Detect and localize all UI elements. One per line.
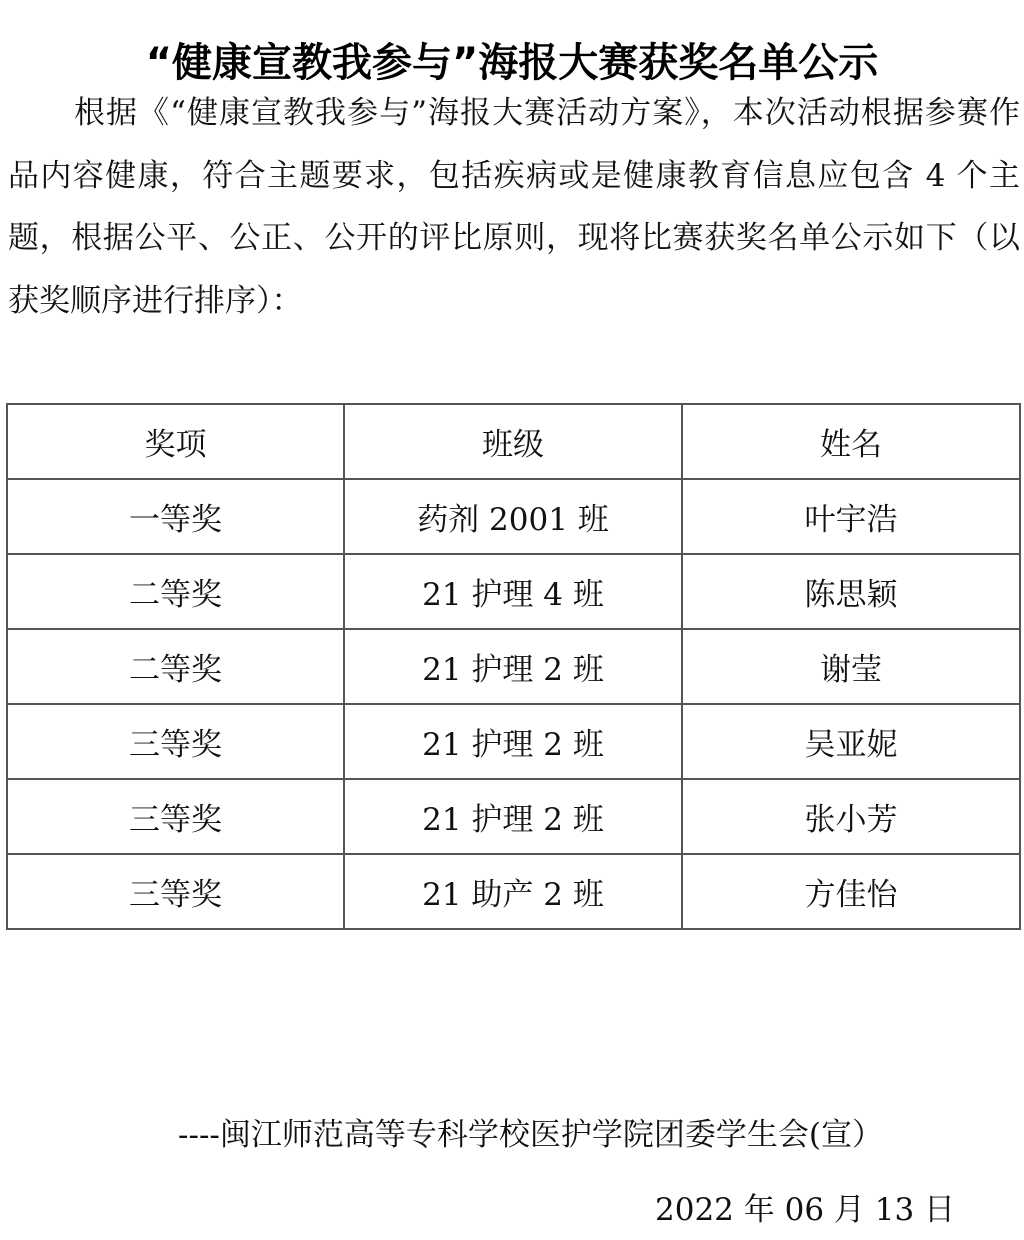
document-date: 2022 年 06 月 13 日 bbox=[655, 1188, 955, 1232]
signature-line: ----闽江师范高等专科学校医护学院团委学生会(宣） bbox=[178, 1113, 883, 1157]
table-header-row: 奖项 班级 姓名 bbox=[7, 404, 1020, 479]
cell-class: 21 护理 4 班 bbox=[344, 554, 682, 629]
cell-award: 二等奖 bbox=[7, 629, 344, 704]
table-row: 三等奖 21 助产 2 班 方佳怡 bbox=[7, 854, 1020, 929]
cell-class: 21 护理 2 班 bbox=[344, 779, 682, 854]
table-row: 二等奖 21 护理 4 班 陈思颖 bbox=[7, 554, 1020, 629]
cell-award: 二等奖 bbox=[7, 554, 344, 629]
cell-award: 三等奖 bbox=[7, 854, 344, 929]
cell-class: 药剂 2001 班 bbox=[344, 479, 682, 554]
cell-award: 三等奖 bbox=[7, 779, 344, 854]
cell-class: 21 护理 2 班 bbox=[344, 704, 682, 779]
cell-name: 谢莹 bbox=[682, 629, 1020, 704]
cell-class: 21 护理 2 班 bbox=[344, 629, 682, 704]
cell-class: 21 助产 2 班 bbox=[344, 854, 682, 929]
cell-name: 方佳怡 bbox=[682, 854, 1020, 929]
cell-award: 三等奖 bbox=[7, 704, 344, 779]
table-row: 二等奖 21 护理 2 班 谢莹 bbox=[7, 629, 1020, 704]
cell-name: 吴亚妮 bbox=[682, 704, 1020, 779]
table-row: 一等奖 药剂 2001 班 叶宇浩 bbox=[7, 479, 1020, 554]
intro-paragraph: 根据《“健康宣教我参与”海报大赛活动方案》，本次活动根据参赛作品内容健康，符合主… bbox=[8, 82, 1020, 332]
header-award: 奖项 bbox=[7, 404, 344, 479]
table-row: 三等奖 21 护理 2 班 吴亚妮 bbox=[7, 704, 1020, 779]
cell-award: 一等奖 bbox=[7, 479, 344, 554]
awards-table: 奖项 班级 姓名 一等奖 药剂 2001 班 叶宇浩 二等奖 21 护理 4 班… bbox=[6, 403, 1021, 930]
table-row: 三等奖 21 护理 2 班 张小芳 bbox=[7, 779, 1020, 854]
header-class: 班级 bbox=[344, 404, 682, 479]
cell-name: 张小芳 bbox=[682, 779, 1020, 854]
cell-name: 陈思颖 bbox=[682, 554, 1020, 629]
header-name: 姓名 bbox=[682, 404, 1020, 479]
cell-name: 叶宇浩 bbox=[682, 479, 1020, 554]
